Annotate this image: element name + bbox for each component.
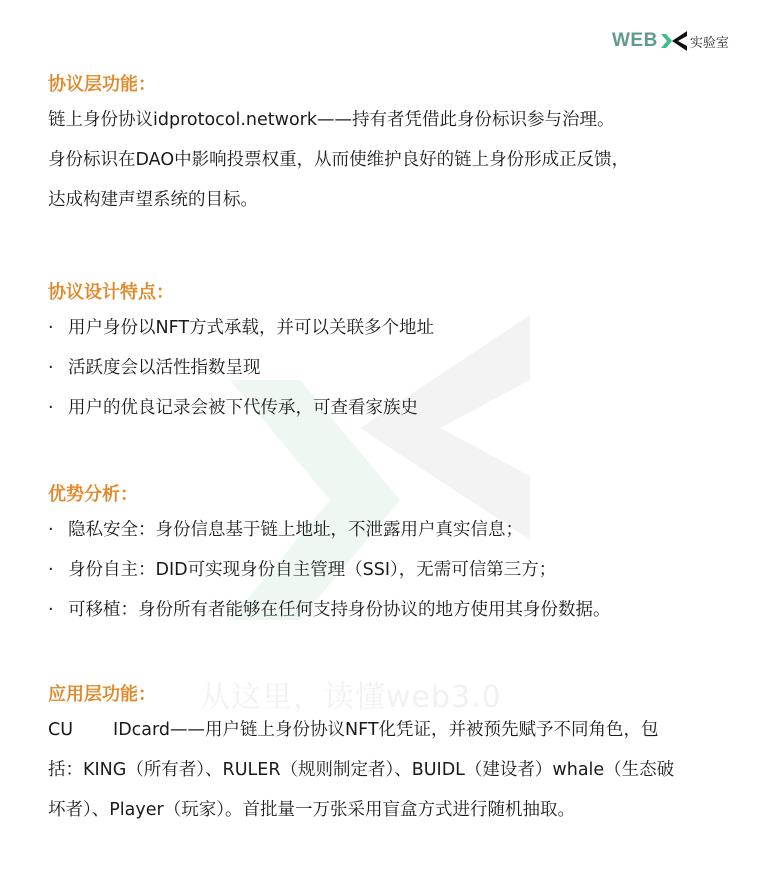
list-item: ·可移植：身份所有者能够在任何支持身份协议的地方使用其身份数据。: [48, 590, 611, 630]
list-item: ·用户的优良记录会被下代传承，可查看家族史: [48, 388, 434, 428]
bullet-dot-icon: ·: [48, 348, 68, 388]
bullet-dot-icon: ·: [48, 550, 68, 590]
list-item-text: 活跃度会以活性指数呈现: [68, 358, 261, 378]
section-heading: 协议设计特点：: [48, 278, 434, 308]
section-advantages: 优势分析： ·隐私安全：身份信息基于链上地址，不泄露用户真实信息； ·身份自主：…: [48, 480, 611, 630]
paragraph-text: IDcard——用户链上身份协议NFT化凭证，并被预先赋予不同角色，包: [113, 720, 659, 740]
section-protocol-layer: 协议层功能： 链上身份协议idprotocol.network——持有者凭借此身…: [48, 70, 629, 220]
section-application-layer: 应用层功能： CUIDcard——用户链上身份协议NFT化凭证，并被预先赋予不同…: [48, 680, 674, 830]
list-item: ·身份自主：DID可实现身份自主管理（SSI），无需可信第三方；: [48, 550, 611, 590]
list-item-text: 用户的优良记录会被下代传承，可查看家族史: [68, 398, 418, 418]
paragraph-line: 坏者）、Player（玩家）。首批量一万张采用盲盒方式进行随机抽取。: [48, 790, 674, 830]
list-item: ·活跃度会以活性指数呈现: [48, 348, 434, 388]
section-heading: 协议层功能：: [48, 70, 629, 100]
paragraph-line: 身份标识在DAO中影响投票权重，从而使维护良好的链上身份形成正反馈，: [48, 140, 629, 180]
section-heading: 应用层功能：: [48, 680, 674, 710]
list-item-text: 隐私安全：身份信息基于链上地址，不泄露用户真实信息；: [68, 520, 523, 540]
bullet-dot-icon: ·: [48, 590, 68, 630]
logo-x-icon: [661, 31, 687, 51]
paragraph-line: 达成构建声望系统的目标。: [48, 180, 629, 220]
paragraph-line: CUIDcard——用户链上身份协议NFT化凭证，并被预先赋予不同角色，包: [48, 710, 674, 750]
list-item-text: 可移植：身份所有者能够在任何支持身份协议的地方使用其身份数据。: [68, 600, 611, 620]
list-item: ·用户身份以NFT方式承载，并可以关联多个地址: [48, 308, 434, 348]
paragraph-line: 括：KING（所有者）、RULER（规则制定者）、BUIDL（建设者）whale…: [48, 750, 674, 790]
list-item-text: 身份自主：DID可实现身份自主管理（SSI），无需可信第三方；: [68, 560, 556, 580]
lead-token: CU: [48, 720, 73, 740]
section-heading: 优势分析：: [48, 480, 611, 510]
bullet-dot-icon: ·: [48, 308, 68, 348]
paragraph-line: 链上身份协议idprotocol.network——持有者凭借此身份标识参与治理…: [48, 100, 629, 140]
section-design-features: 协议设计特点： ·用户身份以NFT方式承载，并可以关联多个地址 ·活跃度会以活性…: [48, 278, 434, 428]
web-lab-logo: WEB 实验室: [612, 30, 729, 52]
list-item: ·隐私安全：身份信息基于链上地址，不泄露用户真实信息；: [48, 510, 611, 550]
list-item-text: 用户身份以NFT方式承载，并可以关联多个地址: [68, 318, 434, 338]
bullet-dot-icon: ·: [48, 510, 68, 550]
logo-lab-text: 实验室: [690, 32, 729, 51]
logo-brand-text: WEB: [612, 30, 658, 52]
bullet-dot-icon: ·: [48, 388, 68, 428]
